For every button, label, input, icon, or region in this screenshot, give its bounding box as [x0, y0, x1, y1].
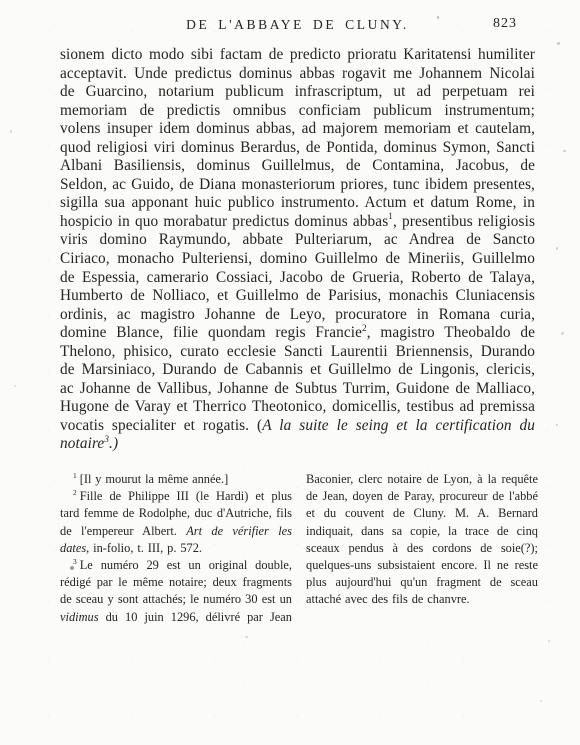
running-title: DE L'ABBAYE DE CLUNY. [186, 17, 409, 32]
scan-speck [557, 42, 560, 45]
scan-speck [563, 150, 566, 152]
scan-speck [548, 640, 550, 642]
footnote-marker: 1 [73, 471, 77, 480]
scan-speck [556, 424, 558, 426]
page-number: 823 [493, 16, 517, 32]
footnote-text: Fille de Philippe III (le Hardi) et plus… [60, 489, 292, 555]
scan-speck [10, 130, 12, 133]
footnote-text: [Il y mourut la même année.] [80, 472, 229, 486]
scan-speck [561, 332, 564, 335]
footnote-marker: 2 [73, 488, 77, 497]
footnotes-section: 1[Il y mourut la même année.] 2Fille de … [60, 471, 538, 643]
scan-speck [14, 385, 16, 387]
scan-speck [556, 247, 558, 250]
scan-speck [540, 700, 542, 702]
book-page: DE L'ABBAYE DE CLUNY. 823 sionem dicto m… [0, 0, 580, 745]
page-header: DE L'ABBAYE DE CLUNY. 823 [60, 16, 535, 38]
main-paragraph: sionem dicto modo sibi factam de predict… [60, 46, 535, 454]
footnote-marker: 3 [73, 557, 77, 566]
footnote-2: 2Fille de Philippe III (le Hardi) et plu… [60, 488, 292, 557]
footnote-1: 1[Il y mourut la même année.] [60, 471, 292, 488]
